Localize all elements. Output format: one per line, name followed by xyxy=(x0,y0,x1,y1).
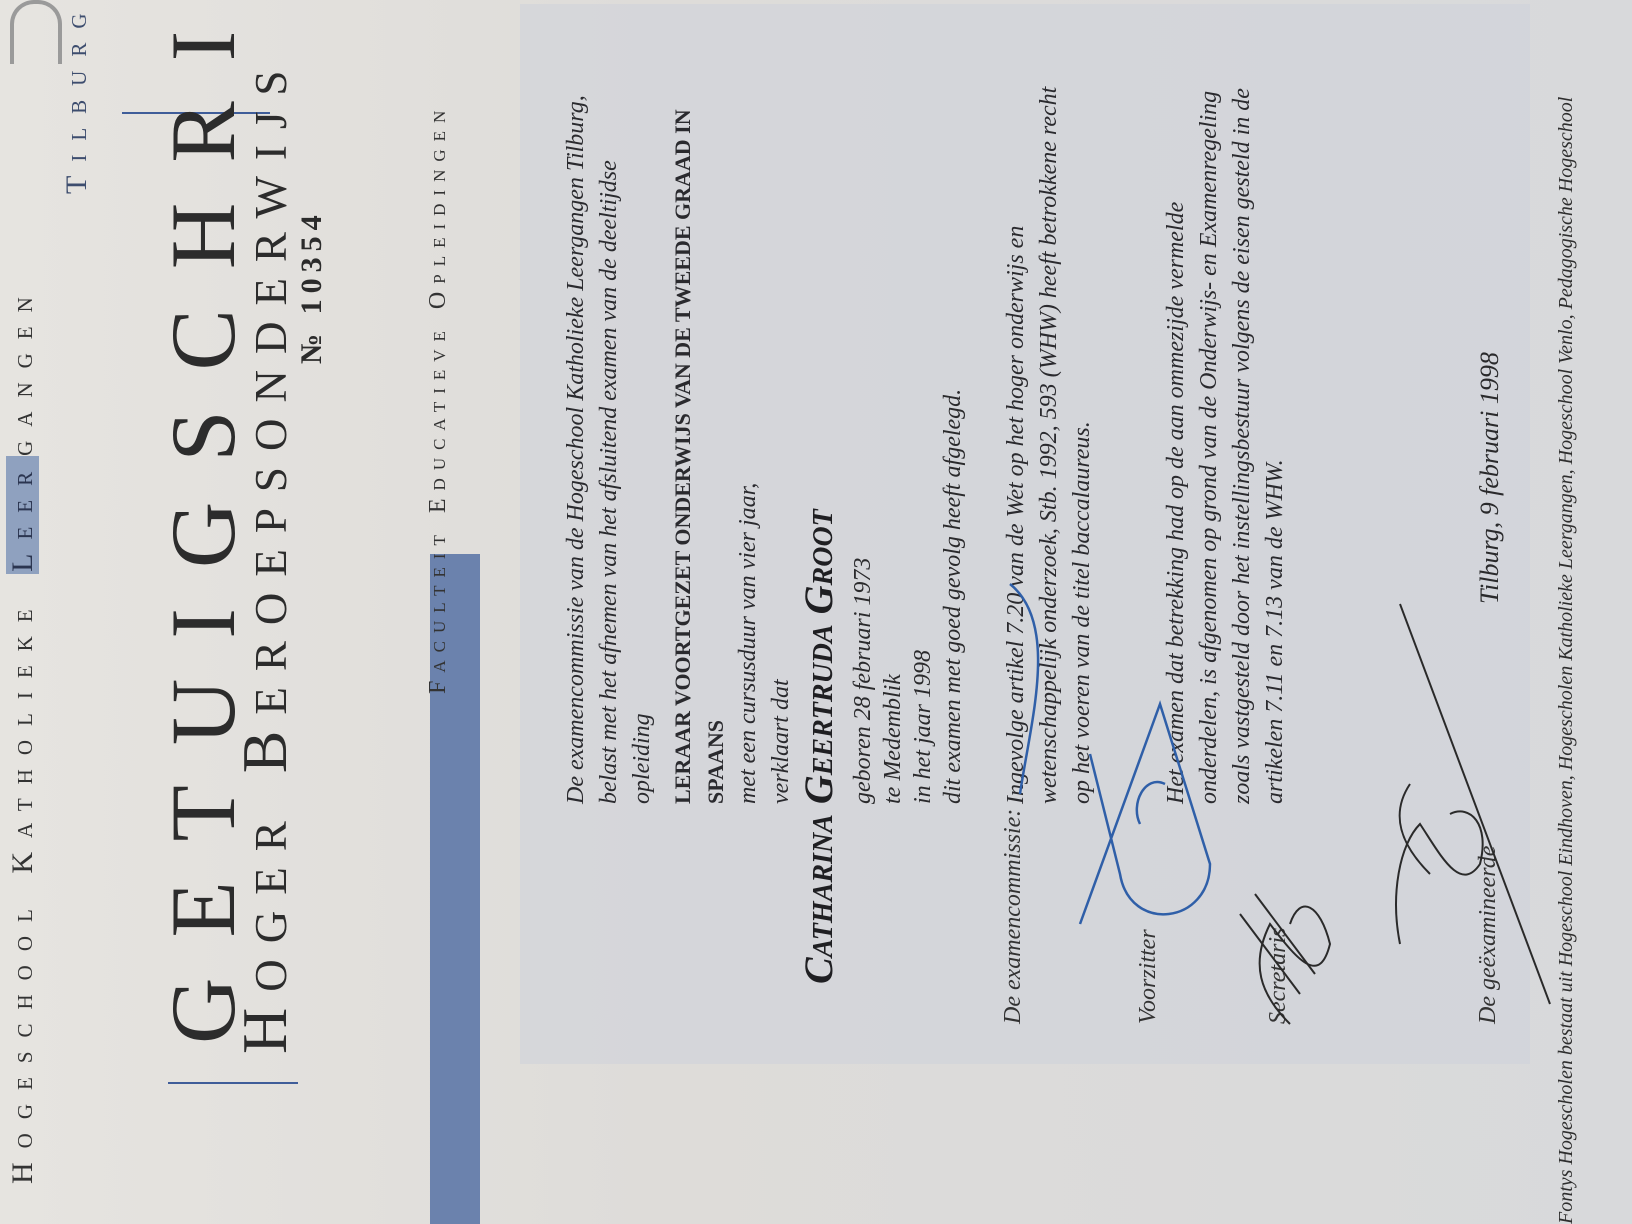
graduate-name: Catharina Geertruda Groot xyxy=(795,509,842,984)
graduate-label: De geëxamineerde xyxy=(1475,846,1502,1024)
document-subtitle: Hoger Beroepsonderwijs xyxy=(228,55,302,1054)
institution-name: Hogeschool Katholieke Leergangen xyxy=(6,283,40,1184)
committee-label: De examencommissie: xyxy=(1000,809,1027,1024)
declaration-text: verklaart dat xyxy=(765,84,798,804)
exam-year: in het jaar 1998 xyxy=(908,389,938,804)
program-name: LERAAR VOORTGEZET ONDERWIJS VAN DE TWEED… xyxy=(666,84,732,804)
number-value: 10354 xyxy=(295,209,328,314)
exam-text: Het examen dat betrekking had op de aan … xyxy=(1160,84,1292,804)
program-block: LERAAR VOORTGEZET ONDERWIJS VAN DE TWEED… xyxy=(666,84,798,984)
birth-date: geboren 28 februari 1973 xyxy=(848,389,878,804)
graduate-details: geboren 28 februari 1973 te Medemblik in… xyxy=(848,389,968,804)
city-name: Tilburg xyxy=(60,0,94,194)
certificate-body: De examencommissie van de Hogeschool Kat… xyxy=(560,84,681,984)
title-rule-left xyxy=(168,1082,298,1084)
intro-text: De examencommissie van de Hogeschool Kat… xyxy=(560,84,659,984)
exam-paragraph: Het examen dat betrekking had op de aan … xyxy=(1160,84,1314,984)
footer-note: Fontys Hogescholen bestaat uit Hogeschoo… xyxy=(1555,97,1578,1224)
birth-place: te Medemblik xyxy=(878,389,908,804)
middle-name: Geertruda xyxy=(796,624,841,804)
secretary-label: Secretaris xyxy=(1265,928,1292,1024)
chair-label: Voorzitter xyxy=(1135,929,1162,1024)
certificate-number: № 10354 xyxy=(295,209,329,364)
diploma-document: Hogeschool Katholieke Leergangen Tilburg… xyxy=(0,0,1632,1224)
faculty-name: Faculteit Educatieve Opleidingen xyxy=(425,103,452,694)
institution-name-part: Hogeschool Katholieke xyxy=(6,574,39,1184)
institution-name-highlight: Leer xyxy=(6,456,39,574)
exam-result: dit examen met goed gevolg heeft afgeleg… xyxy=(938,389,968,804)
binder-clip xyxy=(10,0,62,64)
course-duration: met een cursusduur van vier jaar, xyxy=(732,84,765,804)
place-and-date: Tilburg, 9 februari 1998 xyxy=(1475,352,1505,604)
number-sign: № xyxy=(295,328,328,364)
law-text: Ingevolge artikel 7.20 van de Wet op het… xyxy=(1000,84,1099,804)
institution-name-part: gangen xyxy=(6,283,39,456)
last-name: Groot xyxy=(796,509,841,614)
first-name: Catharina xyxy=(796,814,841,984)
